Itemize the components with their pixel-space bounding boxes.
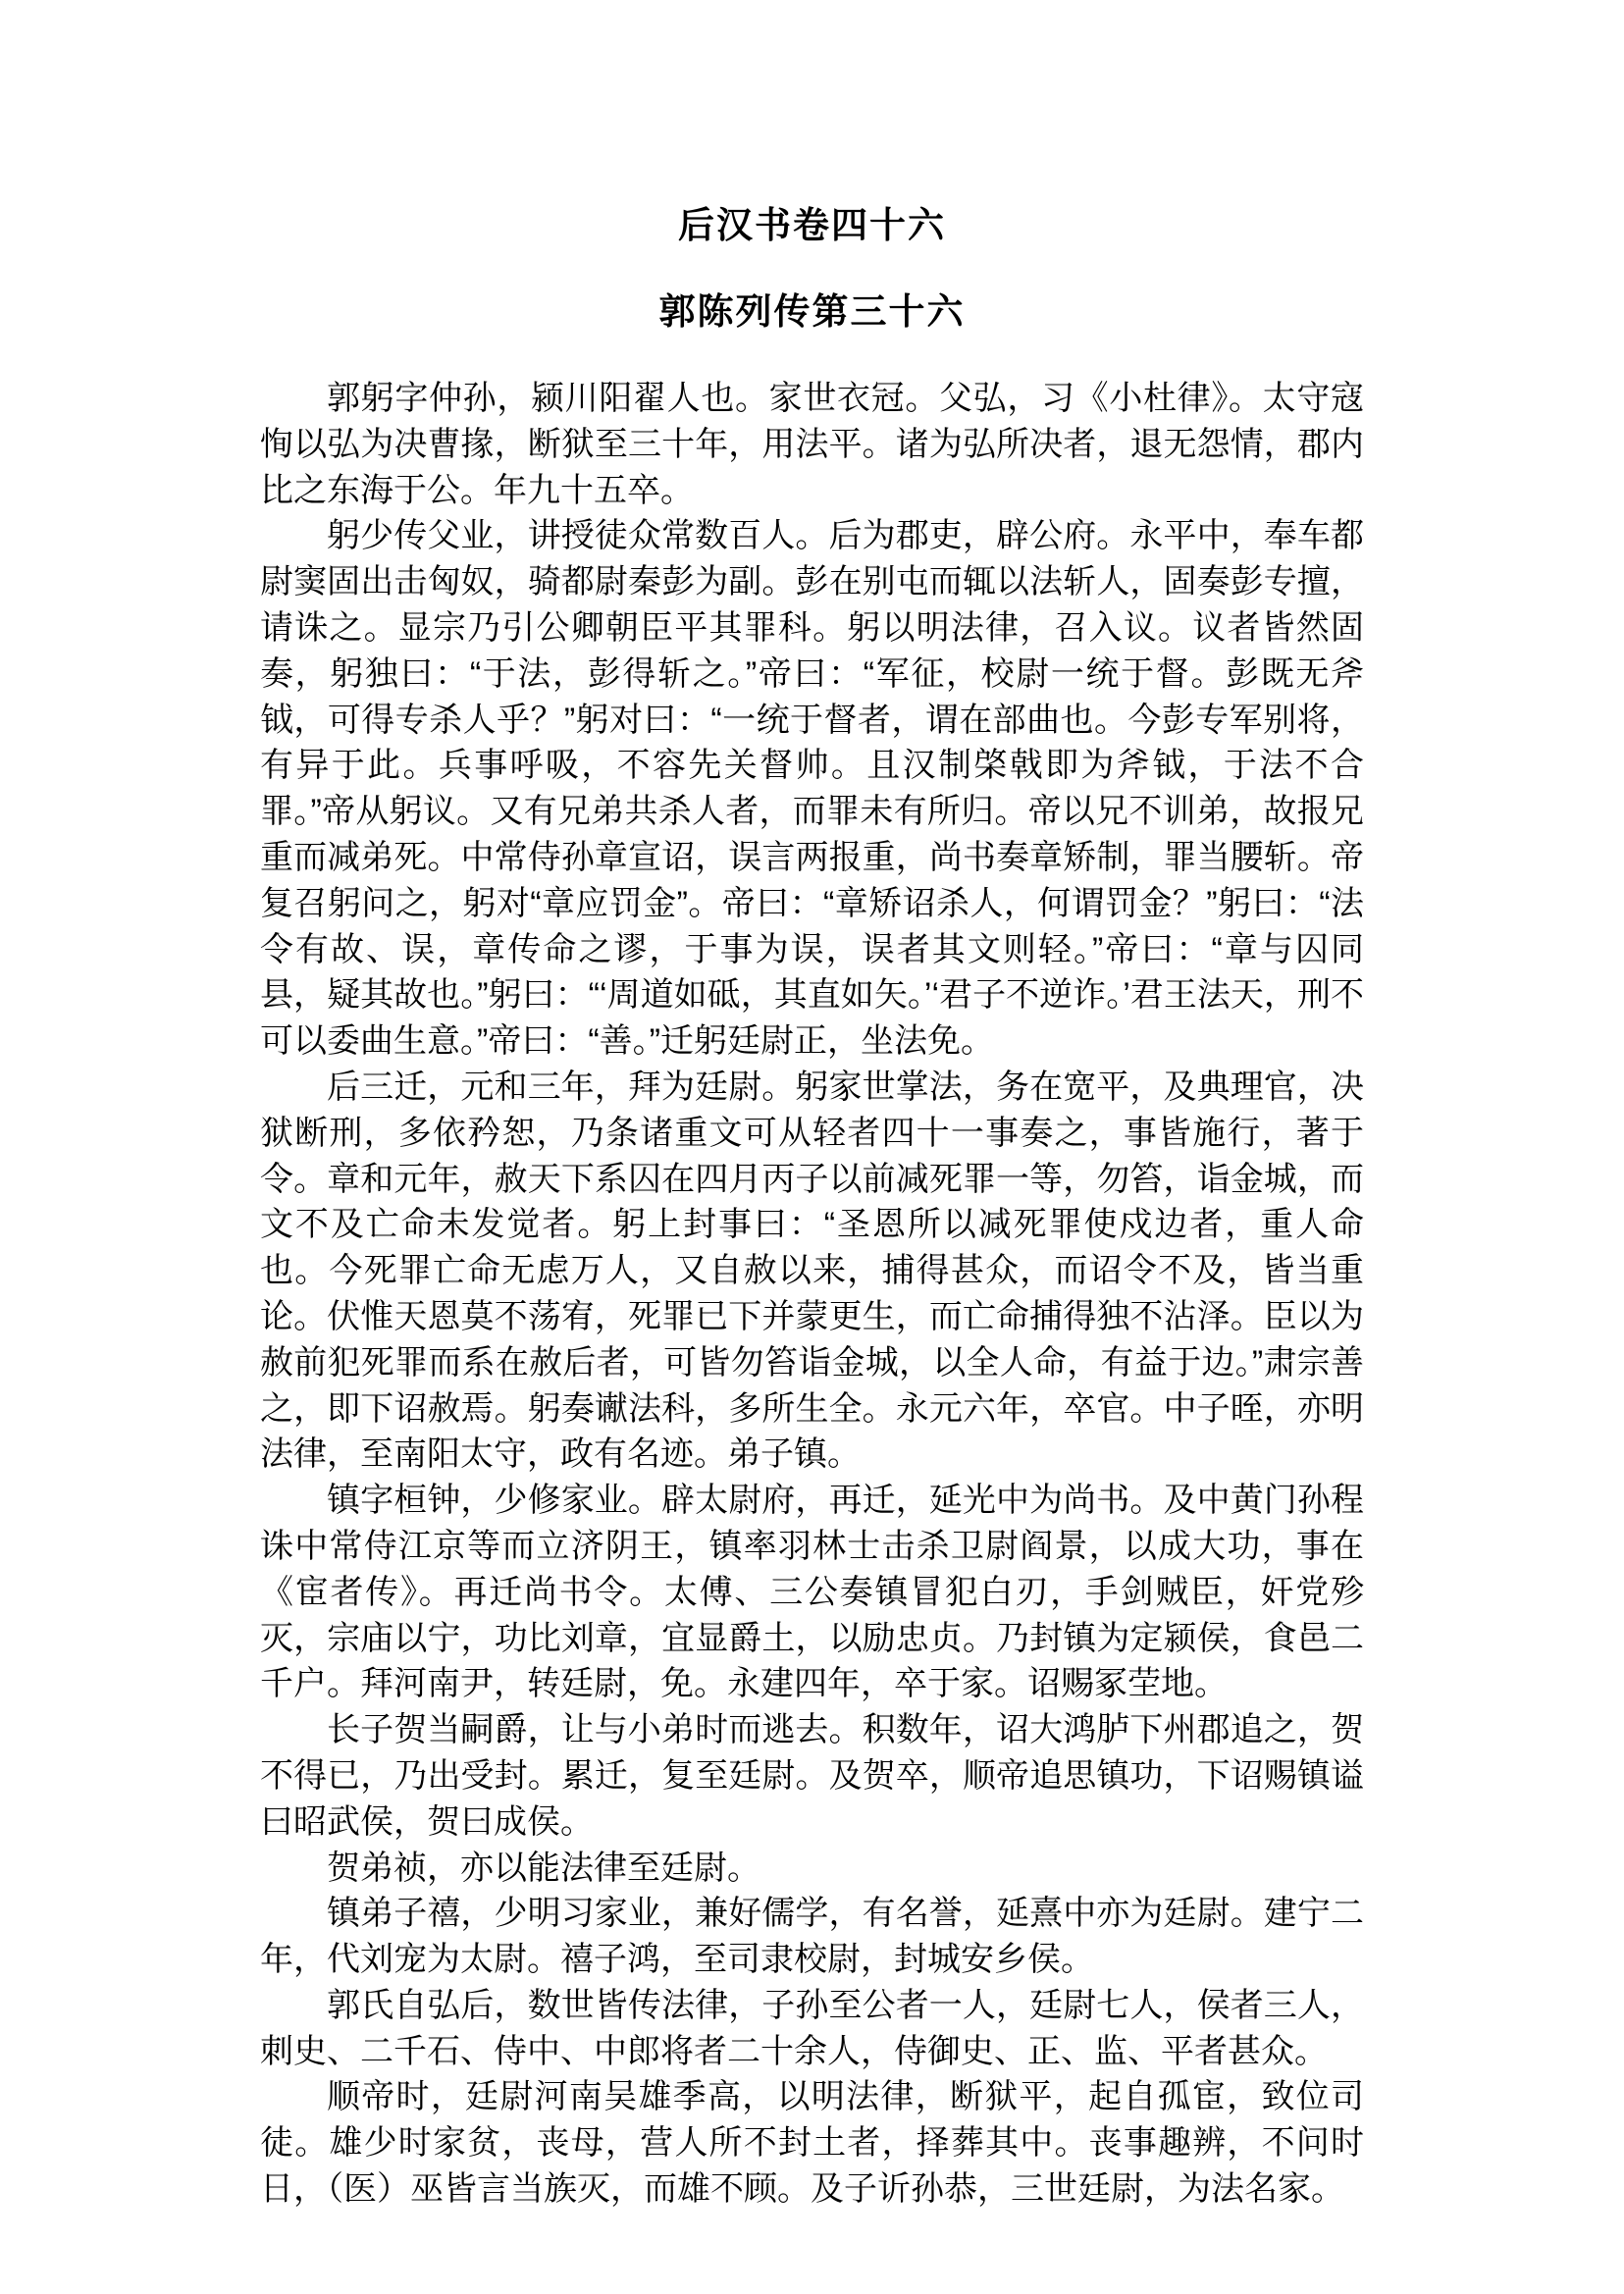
body-paragraph: 躬少传父业，讲授徒众常数百人。后为郡吏，辟公府。永平中，奉车都尉窦固出击匈奴，骑… [260,513,1364,1065]
document-body: 郭躬字仲孙，颍川阳翟人也。家世衣冠。父弘，习《小杜律》。太守寇恂以弘为决曹掾，断… [260,376,1364,2213]
body-paragraph: 镇弟子禧，少明习家业，兼好儒学，有名誉，延熹中亦为廷尉。建宁二年，代刘宠为太尉。… [260,1891,1364,1983]
body-paragraph: 贺弟祯，亦以能法律至廷尉。 [260,1846,1364,1892]
body-paragraph: 顺帝时，廷尉河南吴雄季高，以明法律，断狱平，起自孤宦，致位司徒。雄少时家贫，丧母… [260,2074,1364,2212]
body-paragraph: 郭躬字仲孙，颍川阳翟人也。家世衣冠。父弘，习《小杜律》。太守寇恂以弘为决曹掾，断… [260,376,1364,513]
chapter-title: 郭陈列传第三十六 [260,288,1364,336]
body-paragraph: 郭氏自弘后，数世皆传法律，子孙至公者一人，廷尉七人，侯者三人，刺史、二千石、侍中… [260,1983,1364,2075]
volume-title: 后汉书卷四十六 [260,202,1364,249]
body-paragraph: 长子贺当嗣爵，让与小弟时而逃去。积数年，诏大鸿胪下州郡追之，贺不得已，乃出受封。… [260,1707,1364,1845]
body-paragraph: 镇字桓钟，少修家业。辟太尉府，再迁，延光中为尚书。及中黄门孙程诛中常侍江京等而立… [260,1478,1364,1707]
body-paragraph: 后三迁，元和三年，拜为廷尉。躬家世掌法，务在宽平，及典理官，决狱断刑，多依矜恕，… [260,1065,1364,1478]
document-content: 后汉书卷四十六 郭陈列传第三十六 郭躬字仲孙，颍川阳翟人也。家世衣冠。父弘，习《… [260,0,1364,2213]
document-page: 后汉书卷四十六 郭陈列传第三十六 郭躬字仲孙，颍川阳翟人也。家世衣冠。父弘，习《… [0,0,1624,2294]
